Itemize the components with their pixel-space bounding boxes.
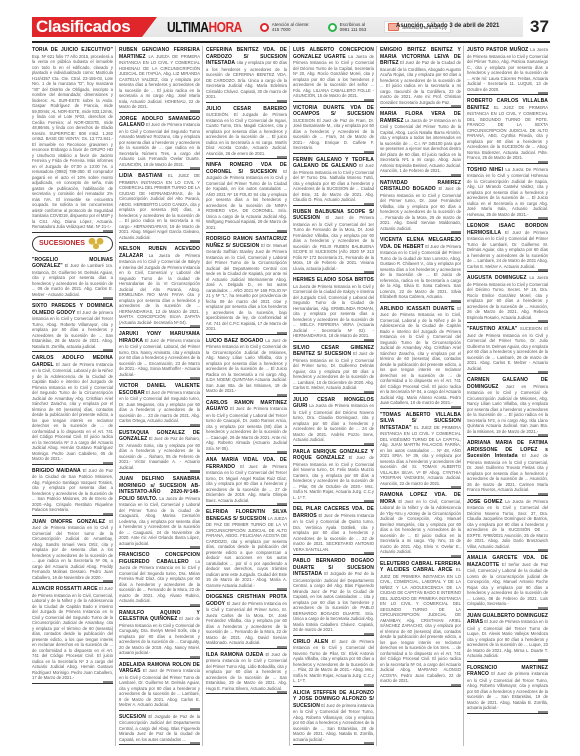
- notice-code-tag: [103, 513, 113, 515]
- notice-body: El Juez de primera instancia en lo Civil…: [206, 652, 287, 691]
- notice-code-tag: [364, 339, 374, 341]
- notice-decedent-name: TOSHIO NIHEI: [467, 167, 503, 173]
- notice-decedent-name: SUCESION: [119, 714, 146, 720]
- notice-code-tag: [190, 424, 200, 426]
- notice-body: El Juez de Primera Instancia en lo Civil…: [380, 244, 461, 300]
- notice-decedent-name: ILDA RAMONA OJEDA: [206, 652, 263, 658]
- notice-body: La Jueza de Primera Instancia en lo Civi…: [119, 496, 200, 546]
- legal-notice: RODRIGO RAMON SANTACRUZ NUÑEZ S/ SUCESIO…: [206, 235, 287, 335]
- whatsapp-number: 0981 111 053: [340, 27, 367, 32]
- people-group-icon: [86, 238, 106, 249]
- notice-decedent-name: JUAN ONOFRE GONZALEZ: [32, 519, 105, 525]
- notice-code-tag: [364, 684, 374, 686]
- notice-body: EL JUEZ DE PRIMERA INSTANCIA EN LO CIVIL…: [467, 105, 548, 161]
- notice-body: cita y emplaza por 60 días a los hereder…: [206, 60, 287, 99]
- legal-notice: DIOGENES CRISTHIAN PROTA GODOY El Juez d…: [206, 593, 287, 649]
- legal-notice: ARLINDO ICASSATI DUARTE El Juez de Prime…: [380, 305, 461, 409]
- phone-number: 415 7000: [272, 27, 291, 32]
- notice-body: El Juez de Primera Instancia en lo Civil…: [119, 122, 200, 167]
- notice-code-tag: [364, 203, 374, 205]
- notice-code-tag: [103, 230, 113, 232]
- notice-decedent-name: ELEUTERIO CABRAL FERREIRA Y ALCIDES CABR…: [380, 561, 461, 574]
- notice-body: El Juez de Primera Instancia en lo Civil…: [32, 519, 113, 580]
- notice-code-tag: [190, 546, 200, 548]
- notice-code-tag: [277, 332, 287, 334]
- notice-code-tag: [103, 681, 113, 683]
- notice-body: El Juez de primera instancia en lo Civil…: [32, 310, 113, 349]
- legal-notice: LUCIO BAEZ BOGADO La Juez de Primera Ins…: [206, 337, 287, 397]
- legal-notice: CARLOS RAMON MARTINEZ AGUAYO El Juez de …: [206, 399, 287, 455]
- notice-body: La Jueza de Primera Instancia en lo Civi…: [467, 275, 548, 320]
- notice-body: El Señor Juez de Paz Civil, Comercial y …: [467, 562, 548, 607]
- notice-code-tag: [277, 691, 287, 693]
- legal-notice: VICENTA ELENA MELGAREJO VDA. DE HEBERT E…: [380, 236, 461, 303]
- legal-notice: JUSTO PASTOR MUÑOZ La Jueza de Primera I…: [467, 46, 548, 95]
- notice-body: El Juez de Primera Instancia en lo Civil…: [32, 586, 113, 680]
- notice-decedent-name: VICTORIA DUARTE VDA DE OCAMPOS S/ SUCESI…: [293, 105, 374, 118]
- notice-body: El Juez de Primera Instancia en lo Civil…: [293, 455, 374, 500]
- notice-code-tag: [538, 161, 548, 163]
- sucesiones-section-banner: SUCESIONES: [32, 236, 113, 252]
- notice-code-tag: [277, 451, 287, 453]
- notice-code-tag: [538, 92, 548, 94]
- legal-notice: MARIA FLORA VERA DE RAMIREZ La Jueza de …: [380, 110, 461, 177]
- notice-decedent-name: JULIO CESAR BAREIRO: [206, 106, 287, 112]
- legal-notice: JUAN ONOFRE GONZALEZ El Juez de Primera …: [32, 518, 113, 584]
- legal-notice: ROBERTO CARLOS VILLALBA BENITEZ EL JUEZ …: [467, 97, 548, 164]
- column-6: JUSTO PASTOR MUÑOZ La Jueza de Primera I…: [467, 46, 550, 746]
- notice-code-tag: [364, 742, 374, 744]
- notice-body: El Juez de Primera Instancia en lo Civil…: [32, 362, 113, 462]
- notice-code-tag: [538, 434, 548, 436]
- notice-body: El Juez de Primera Instancia en lo Civil…: [119, 668, 200, 707]
- section-title: Clasificados: [32, 17, 157, 37]
- legal-notice: CARLOS ADOLFO MEDINA GARDEL El Juez de P…: [32, 354, 113, 465]
- phone-icon: [260, 23, 269, 32]
- legal-notice: "TOMAS ALBERTO VILLALBA SILVA S/ SUCESIO…: [380, 411, 461, 490]
- whatsapp-contact: Escribinos al0981 111 053: [328, 22, 367, 32]
- legal-notice: ADRIANA MARIA DE FATIMA ARDISSONE DE LOP…: [467, 439, 548, 496]
- notice-code-tag: [364, 500, 374, 502]
- notice-code-tag: [451, 300, 461, 302]
- notice-code-tag: [190, 325, 200, 327]
- section-banner-label: SUCESIONES: [39, 240, 85, 247]
- legal-notice: SIXTO PAREDES Y DOMINICA OLMEDO GODOY El…: [32, 302, 113, 352]
- legal-notice: DEL PILAR CACERES VDA. DE BARRIOS El Jue…: [293, 505, 374, 555]
- notice-body: El Juez de Primera Instancia en lo Civil…: [467, 453, 548, 492]
- notice-code-tag: [103, 462, 113, 464]
- notice-code-tag: [538, 269, 548, 271]
- notice-decedent-name: JUSTO PASTOR MUÑOZ: [467, 47, 528, 53]
- notice-body: El Juez de Primera Instancia en lo Civil…: [206, 406, 287, 451]
- notice-body: El Juez de Paz de la Ciudad de Itacurubí…: [380, 60, 461, 105]
- notice-decedent-name: JOSE GOMEZ: [467, 499, 503, 505]
- notice-code-tag: [103, 349, 113, 351]
- notice-decedent-name: LIDIA BASTIANI: [119, 173, 163, 179]
- notice-body: El Juez de Primera Instancia en lo Civil…: [467, 230, 548, 269]
- notice-body: El Juez de Primera Instancia en lo Civil…: [380, 186, 461, 231]
- notice-decedent-name: HERMES ELADIO SOSA BRITOS: [293, 277, 374, 283]
- legal-notice: AUGUSTA DOMINGUEZ La Jueza de Primera In…: [467, 274, 548, 323]
- notice-body: La Jueza de Primera Instancia en lo Civi…: [119, 559, 200, 604]
- legal-notice: LIDIA BASTIANI EL JUEZ DE PRIMERA INSTAN…: [119, 172, 200, 243]
- notice-body: El Juez de Primera Instancia en lo Civil…: [380, 306, 461, 406]
- legal-notice: ADELAIDA RAMONA ROLON DE VARGAS El Juez …: [119, 661, 200, 711]
- whatsapp-icon: [328, 23, 337, 32]
- legal-notice: CIRILO ALEN El Juez de Primera Instancia…: [293, 638, 374, 687]
- notice-body: EL JUEZ DE PRIMERA INSTANCIA EN LO CIVIL…: [119, 173, 200, 240]
- notice-body: SUCESIÓN. El Juzgado de Primera Instanci…: [206, 112, 287, 156]
- legal-notice: JUAN GUALBERTO DOMINGUEZ ARIAS El Juez d…: [467, 612, 548, 662]
- notice-code-tag: [190, 470, 200, 472]
- notice-body: La Jueza de Primera Instancia en lo Civi…: [293, 54, 374, 99]
- legal-notice: FERMIN GALEANO Y TEOFILA GALEANO DE GALE…: [293, 156, 374, 206]
- notice-body: Juez en Primera Instancia en lo Civil y …: [467, 384, 548, 434]
- legal-notice: CARMEN GALEANO DE DOMINGUEZ Juez en Prim…: [467, 376, 548, 437]
- notice-body: El Juez de Primera Instancia en lo Civil…: [206, 464, 287, 503]
- notice-code-tag: [538, 320, 548, 322]
- legal-notice: HERMES ELADIO SOSA BRITOS La Jueza de Pr…: [293, 276, 374, 342]
- legal-notice: "ROGELIO MOLINAS GONZALEZ" El Juez de La…: [32, 256, 113, 301]
- notice-code-tag: [451, 105, 461, 107]
- legal-notice: "FAUSTINO AYALA" SUCESION El Juez de Pri…: [467, 325, 548, 374]
- legal-notice: ELEUTERIO CABRAL FERREIRA Y ALCIDES CABR…: [380, 560, 461, 687]
- notice-body: El Juez de Primera Instancia en lo Civil…: [293, 215, 374, 271]
- legal-notice: LEONOR ISAAC BORDON HERMOSILLA El Juez d…: [467, 222, 548, 272]
- notice-code-tag: [451, 174, 461, 176]
- notice-body: LA JUEZA DE PAZ DE PRIMER TURNO DE LA VI…: [206, 516, 287, 588]
- legal-notice: RUBEN BALBUENA SCOPE S/ SUCESION El Juez…: [293, 208, 374, 275]
- legal-notice: LUIS ALBERTO CONCEPCION GONZALEZ UGARTE …: [293, 46, 374, 102]
- legal-notice: FRANCISCO CONCEPCION FIGUEREDO CABALLERO…: [119, 551, 200, 607]
- notice-code-tag: [364, 443, 374, 445]
- notice-body: La Juez de Primera Instancia en lo Civil…: [206, 338, 287, 394]
- column-2: RUBEN GENCIANO FERREIRA MARTINEZ LA JUEZ…: [119, 46, 203, 746]
- legal-notice: NATIVIDAD RAMIREZ CRISTALDO BOGADO El Ju…: [380, 179, 461, 235]
- notice-body: El Juez de primera instancia en lo Civil…: [293, 703, 374, 742]
- notice-body: El Juez de Primera Instancia en lo Civil…: [293, 163, 374, 202]
- classifieds-columns: TORIA DE JUICIO EJECUTIVO" Exp. Nº 621 f…: [32, 46, 550, 746]
- legal-notice: RUBEN GENCIANO FERREIRA MARTINEZ LA JUEZ…: [119, 46, 200, 113]
- legal-notice: JUAN DELFINO SANABRIA MORINIGO s/ SUCESI…: [119, 475, 200, 549]
- logo-hora: HORA: [208, 18, 241, 36]
- notice-code-tag: [277, 156, 287, 158]
- notice-code-tag: [277, 100, 287, 102]
- notice-code-tag: [103, 297, 113, 299]
- column-1: TORIA DE JUICIO EJECUTIVO" Exp. Nº 621 f…: [32, 46, 116, 746]
- notice-body: El Juez en lo Civil, Comercial, Laboral …: [380, 499, 461, 555]
- notice-code-tag: [364, 151, 374, 153]
- legal-notice: SILVIO CESAR GIMENEZ BENITEZ S/ SUCESION…: [293, 344, 374, 394]
- notice-decedent-name: ARLINDO ICASSATI DUARTE: [380, 306, 455, 312]
- legal-notice: CEFERINA BENITEZ VDA. DE CARDOZO S/ SUCE…: [206, 46, 287, 103]
- notice-code-tag: [364, 552, 374, 554]
- notice-code-tag: [538, 371, 548, 373]
- notice-code-tag: [103, 580, 113, 582]
- ultimahora-logo: ULTIMAHORA: [167, 18, 242, 36]
- notice-code-tag: [277, 503, 287, 505]
- notice-code-tag: [538, 659, 548, 661]
- legal-notice: RANULFO AQUINO Y CELESTINA QUIÑONEZ El J…: [119, 609, 200, 659]
- notice-body: El Juez de Primera Instancia en lo Civil…: [119, 338, 200, 377]
- legal-notice: ALICIA STEFFEN DE ALFONZO Y JOSE DOMINGO…: [293, 689, 374, 746]
- notice-code-tag: [451, 231, 461, 233]
- legal-notice: RAMONA LOPEZ VDA. DE MORA El Juez en lo …: [380, 491, 461, 558]
- legal-notice: AMALIA GARCETE VDA. DE MAZACOTTE El Seño…: [467, 554, 548, 610]
- legal-notice: NINFA ROMERO VDA DE CORONEL S/ SUCESION …: [206, 161, 287, 233]
- legal-notice: FLORENCIO MARTINEZ FRANCO El Juez de pri…: [467, 664, 548, 714]
- notice-decedent-name: "FAUSTINO AYALA": [467, 326, 517, 332]
- legal-notice: JULIO CESAR BAREIRO SUCESIÓN. El Juzgado…: [206, 105, 287, 160]
- legal-notice: JORGE ADOLFO SAMANIEGO GALEANO El Juez d…: [119, 115, 200, 171]
- legal-notice: VICTOR DANIEL VALIENTE ESCOBAR El Juez d…: [119, 382, 200, 427]
- notice-code-tag: [364, 391, 374, 393]
- notice-code-tag: [277, 394, 287, 396]
- notice-body: La Jueza de Primera Instancia en lo Civi…: [293, 403, 374, 442]
- notice-code-tag: [538, 217, 548, 219]
- legal-notice: SUCESION El Juzgado de Paz de la Circuns…: [119, 713, 200, 746]
- notice-code-tag: [538, 711, 548, 713]
- legal-notice: ELFRIDA FLORENTIN SILVA BENEGAS S/ SUCES…: [206, 508, 287, 591]
- legal-notice: JULIO CESAR MONGELOS GIURI La Jueza de P…: [293, 396, 374, 446]
- notice-decedent-name: FRANCISCO CONCEPCION FIGUEREDO CABALLERO: [119, 552, 200, 565]
- legal-notice: PARLA ENRIQUE GONZALEZ Y ROQUE GONZALEZ …: [293, 448, 374, 504]
- legal-notice: TORIA DE JUICIO EJECUTIVO" Exp. Nº 621 f…: [32, 46, 113, 233]
- notice-code-tag: [190, 742, 200, 744]
- legal-notice: EUSTAQUIA GONZALEZ DE GONZALEZ El Juez d…: [119, 429, 200, 474]
- legal-notice: JOSE GOMEZ La Jueza de Primera Instancia…: [467, 498, 548, 553]
- notice-decedent-name: CIRILO ALEN: [293, 639, 328, 645]
- notice-body: EL JUEZ DE PRIMERA INSTANCIA EN LO CIVIL…: [380, 425, 461, 486]
- notice-body: EL JUEZ DE PRIMERA INSTANCIA EN LO CIVIL…: [380, 567, 461, 683]
- notice-body: El Juzgado de Primera Instancia en lo Ci…: [206, 169, 287, 230]
- notice-code-tag: [277, 230, 287, 232]
- notice-body: La Jueza De Primera Instancia en lo Civi…: [467, 167, 548, 217]
- logo-ultima: ULTIMA: [167, 18, 208, 36]
- legal-notice: ILDA RAMONA OJEDA El Juez de primera ins…: [206, 651, 287, 695]
- notice-code-tag: [190, 708, 200, 710]
- notice-body: La Jueza de Primera Instancia en lo Civi…: [467, 499, 548, 549]
- legal-notice: JARUKI YONY MARUYAMA HIRAOKA El Juez de …: [119, 330, 200, 380]
- notice-decedent-name: ALVACIR ROSSATTI ARCE: [32, 586, 98, 592]
- notice-body: El Juez de Primera Instancia en lo Civil…: [293, 351, 374, 390]
- notice-decedent-name: BRIGIDO MAIDANA: [32, 468, 81, 474]
- notice-body: El Juez de Paz de la Ciudad de San Patri…: [32, 468, 113, 513]
- notice-code-tag: [364, 99, 374, 101]
- notice-code-tag: [364, 271, 374, 273]
- notice-code-tag: [451, 555, 461, 557]
- notice-code-tag: [277, 646, 287, 648]
- notice-body: La Jueza de Primera Instancia en lo Civi…: [467, 47, 548, 92]
- notice-code-tag: [190, 656, 200, 658]
- page-number: 37: [530, 17, 549, 37]
- notice-code-tag: [451, 486, 461, 488]
- notice-body: El Dr. Manuel Gerardo Saffrián Stanley J…: [206, 243, 287, 332]
- legal-notice: ANA MARIA VIDAL VDA. DE FERRANDO El Juez…: [206, 456, 287, 506]
- notice-code-tag: [190, 604, 200, 606]
- notice-code-tag: [364, 633, 374, 635]
- notice-body: SUCESION El Juez de Primera Instancia en…: [467, 326, 548, 371]
- notice-body: La Jueza de Primera Instancia en lo Civi…: [293, 284, 374, 339]
- notice-body: Exp. Nº 621 folio 77 Año 2015, procederá…: [32, 54, 113, 230]
- notice-decedent-name: NINFA ROMERO VDA DE CORONEL S/ SUCESION: [206, 162, 287, 175]
- notice-code-tag: [451, 406, 461, 408]
- notice-body: El Juez de Primera Instancia en lo Civil…: [206, 601, 287, 646]
- notice-body: El Juzgado de Paz de la Circunscripción …: [293, 571, 374, 632]
- notice-body: SUCESION El Juez de Paz de Fram, Dr. Jos…: [293, 118, 374, 151]
- notice-code-tag: [538, 607, 548, 609]
- legal-notice: PABLO BERNARDO BOGADO DUARTE S/ SUCESION…: [293, 557, 374, 636]
- notice-code-tag: [277, 588, 287, 590]
- notice-body: LA JUEZA DE PRIMERA INSTANCIA EN LO CIVI…: [119, 54, 200, 110]
- notice-decedent-name: AUGUSTA DOMINGUEZ: [467, 275, 526, 281]
- legal-notice: TOSHIO NIHEI La Jueza De Primera Instanc…: [467, 166, 548, 221]
- notice-decedent-name: LUCIO BAEZ BOGADO: [206, 338, 263, 344]
- notice-body: El Juez de primera instancia en lo Civil…: [467, 671, 548, 710]
- notice-body: El Juez de Primera Instancia en lo Civil…: [467, 619, 548, 658]
- dateline: Asunción, sábado 3 de abril de 2021: [396, 23, 499, 29]
- notice-body: El Juez de Primera Instancia en lo Civil…: [293, 513, 374, 552]
- legal-notice: VICTORIA DUARTE VDA DE OCAMPOS S/ SUCESI…: [293, 104, 374, 154]
- legal-notice: BRIGIDO MAIDANA El Juez de Paz de la Ciu…: [32, 467, 113, 516]
- legal-notice: EMIGDIO BRITEZ BENITEZ Y MARIA VICTORINA…: [380, 46, 461, 108]
- column-4: LUIS ALBERTO CONCEPCION GONZALEZ UGARTE …: [293, 46, 377, 746]
- notice-body: La Jueza de Primera Instancia en lo Civi…: [119, 253, 200, 325]
- column-3: CEFERINA BENITEZ VDA. DE CARDOZO S/ SUCE…: [206, 46, 290, 746]
- notice-code-tag: [190, 377, 200, 379]
- notice-code-tag: [190, 240, 200, 242]
- notice-body: El Juez de Primera Instancia en lo Civil…: [119, 616, 200, 655]
- notice-decedent-name: TORIA DE JUICIO EJECUTIVO": [32, 47, 113, 53]
- notice-code-tag: [538, 493, 548, 495]
- column-5: EMIGDIO BRITEZ BENITEZ Y MARIA VICTORINA…: [380, 46, 464, 746]
- notice-code-tag: [451, 684, 461, 686]
- customer-service-contact: Atención al cliente:415 7000: [260, 22, 310, 32]
- legal-notice: NELSON RUBEN ACEVEDO ZALAZAR La Jueza de…: [119, 245, 200, 328]
- notice-body: La Jueza de 1ª Instancia en lo Civil y C…: [380, 118, 461, 174]
- notice-body: El Juez de Primera Instancia en lo Civil…: [293, 639, 374, 684]
- notice-code-tag: [190, 110, 200, 112]
- notice-code-tag: [190, 167, 200, 169]
- notice-code-tag: [538, 549, 548, 551]
- legal-notice: ALVACIR ROSSATTI ARCE El Juez de Primera…: [32, 585, 113, 684]
- header-divider: [32, 41, 550, 43]
